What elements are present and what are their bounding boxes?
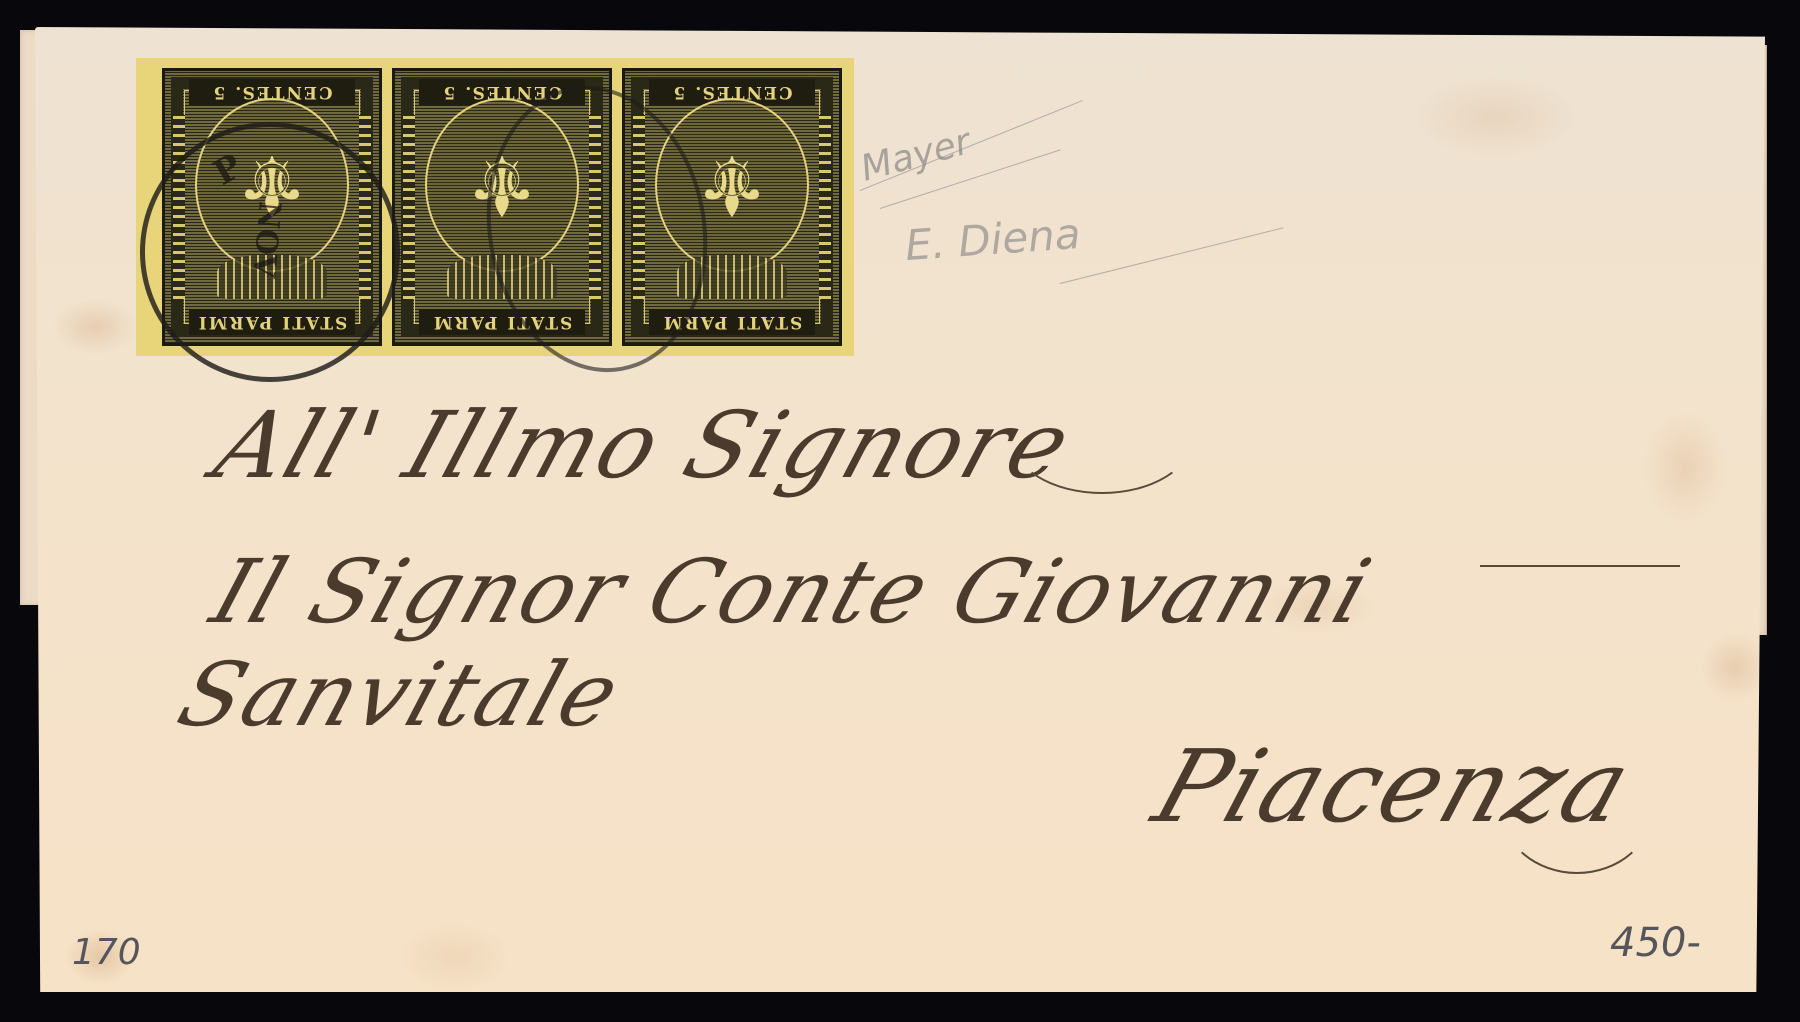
address-line-1: All' Illmo Signore xyxy=(203,392,1085,499)
ink-flourish xyxy=(1500,740,1654,874)
fleur-de-lis-icon: ⚜ xyxy=(694,143,769,227)
ink-underline xyxy=(1480,565,1680,567)
address-line-2: Il Signor Conte Giovanni Sanvitale xyxy=(167,540,1800,746)
pencil-number: 170 xyxy=(72,932,141,973)
postmark-month: NOV xyxy=(245,200,287,279)
pencil-price: 450- xyxy=(1610,920,1701,966)
ink-flourish xyxy=(1010,380,1194,494)
